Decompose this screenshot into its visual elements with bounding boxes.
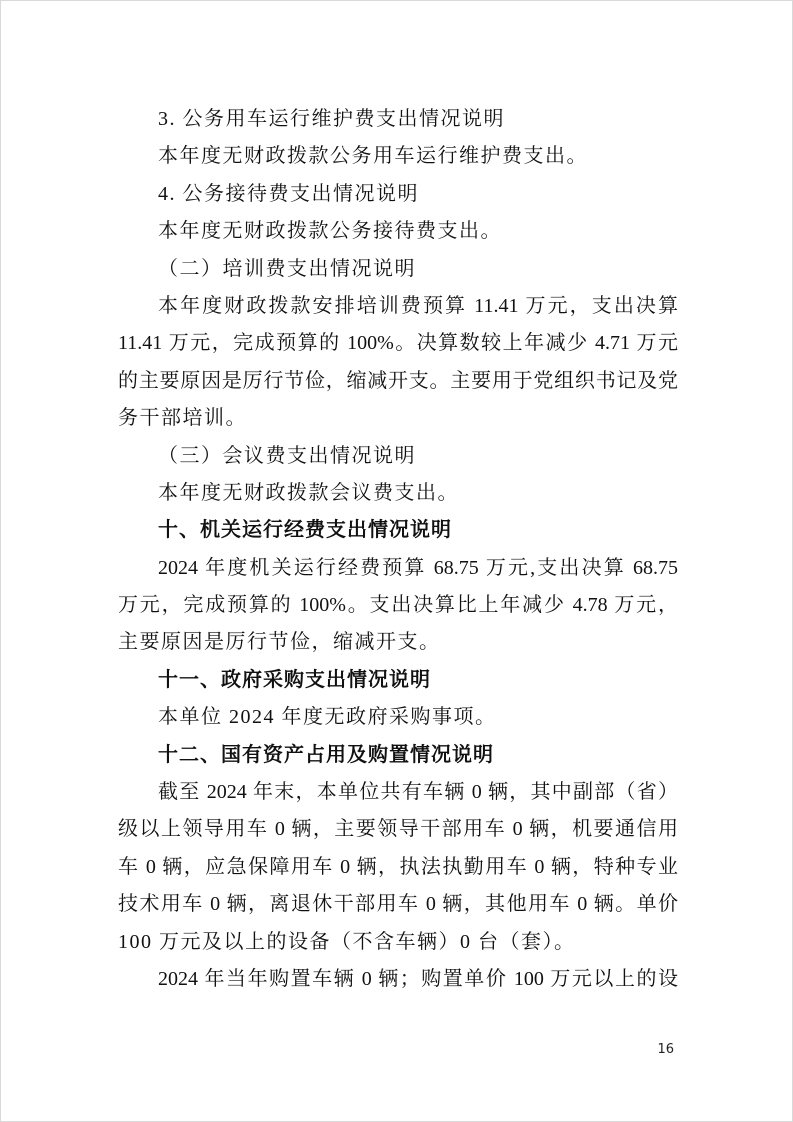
subsection-heading-3b: （三）会议费支出情况说明 [118, 438, 678, 475]
section-heading-10: 十、机关运行经费支出情况说明 [118, 512, 678, 549]
paragraph-line: 的主要原因是厉行节俭，缩减开支。主要用于党组织书记及党 [118, 363, 678, 400]
page-number: 16 [657, 1042, 674, 1057]
document-page: 3. 公务用车运行维护费支出情况说明 本年度无财政拨款公务用车运行维护费支出。 … [0, 0, 793, 1122]
paragraph-line: 万元，完成预算的 100%。支出决算比上年减少 4.78 万元， [118, 587, 678, 624]
section-heading-11: 十一、政府采购支出情况说明 [118, 662, 678, 699]
paragraph-line: 本年度无财政拨款公务用车运行维护费支出。 [118, 138, 678, 175]
paragraph-line: 本年度财政拨款安排培训费预算 11.41 万元，支出决算 [118, 288, 678, 325]
paragraph-line: 本年度无财政拨款会议费支出。 [118, 475, 678, 512]
paragraph-line: 技术用车 0 辆，离退休干部用车 0 辆，其他用车 0 辆。单价 [118, 886, 678, 923]
paragraph-line: 级以上领导用车 0 辆，主要领导干部用车 0 辆，机要通信用 [118, 811, 678, 848]
paragraph-line: 本单位 2024 年度无政府采购事项。 [118, 699, 678, 736]
paragraph-line: 本年度无财政拨款公务接待费支出。 [118, 213, 678, 250]
paragraph-line: 2024 年当年购置车辆 0 辆；购置单价 100 万元以上的设 [118, 961, 678, 998]
paragraph-line: 2024 年度机关运行经费预算 68.75 万元,支出决算 68.75 [118, 550, 678, 587]
paragraph-line: 车 0 辆，应急保障用车 0 辆，执法执勤用车 0 辆，特种专业 [118, 849, 678, 886]
subsection-heading-2: （二）培训费支出情况说明 [118, 251, 678, 288]
paragraph-line: 11.41 万元，完成预算的 100%。决算数较上年减少 4.71 万元 [118, 325, 678, 362]
document-body: 3. 公务用车运行维护费支出情况说明 本年度无财政拨款公务用车运行维护费支出。 … [118, 101, 678, 998]
subsection-heading-4: 4. 公务接待费支出情况说明 [118, 176, 678, 213]
paragraph-line: 务干部培训。 [118, 400, 678, 437]
subsection-heading-3: 3. 公务用车运行维护费支出情况说明 [118, 101, 678, 138]
paragraph-line: 100 万元及以上的设备（不含车辆）0 台（套）。 [118, 924, 678, 961]
paragraph-line: 截至 2024 年末，本单位共有车辆 0 辆，其中副部（省） [118, 774, 678, 811]
paragraph-line: 主要原因是厉行节俭，缩减开支。 [118, 624, 678, 661]
section-heading-12: 十二、国有资产占用及购置情况说明 [118, 737, 678, 774]
